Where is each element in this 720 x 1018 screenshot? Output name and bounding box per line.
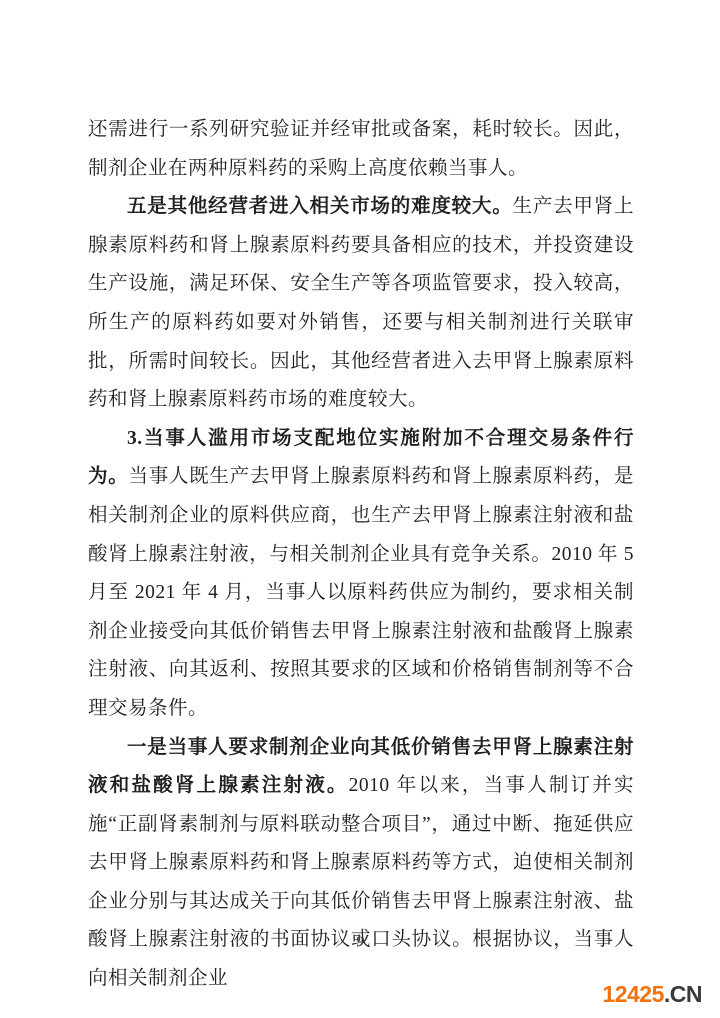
paragraph-market-entry: 五是其他经营者进入相关市场的难度较大。生产去甲肾上腺素原料药和肾上腺素原料药要具… [88,188,634,420]
text-run: 当事人既生产去甲肾上腺素原料药和肾上腺素原料药，是相关制剂企业的原料供应商，也生… [88,466,634,719]
paragraph-continuation: 还需进行一系列研究验证并经审批或备案，耗时较长。因此，制剂企业在两种原料药的采购… [88,111,634,188]
bold-lead-in: 五是其他经营者进入相关市场的难度较大。 [127,196,513,217]
text-run: 2010 年以来，当事人制订并实施“正副肾素制剂与原料联动整合项目”，通过中断、… [88,775,634,989]
paragraph-section-3: 3.当事人滥用市场支配地位实施附加不合理交易条件行为。当事人既生产去甲肾上腺素原… [88,420,634,729]
text-run: 还需进行一系列研究验证并经审批或备案，耗时较长。因此，制剂企业在两种原料药的采购… [88,119,634,179]
page-number: 9 [0,934,720,951]
paragraph-point-one: 一是当事人要求制剂企业向其低价销售去甲肾上腺素注射液和盐酸肾上腺素注射液。201… [88,729,634,999]
watermark-logo: 12425.CN [602,981,702,1008]
text-run: 生产去甲肾上腺素原料药和肾上腺素原料药要具备相应的技术，并投资建设生产设施，满足… [88,196,634,410]
watermark-primary-text: 12425 [602,981,663,1007]
document-page: 还需进行一系列研究验证并经审批或备案，耗时较长。因此，制剂企业在两种原料药的采购… [0,0,720,1018]
watermark-secondary-text: .CN [664,981,702,1007]
document-body: 还需进行一系列研究验证并经审批或备案，耗时较长。因此，制剂企业在两种原料药的采购… [88,111,634,999]
